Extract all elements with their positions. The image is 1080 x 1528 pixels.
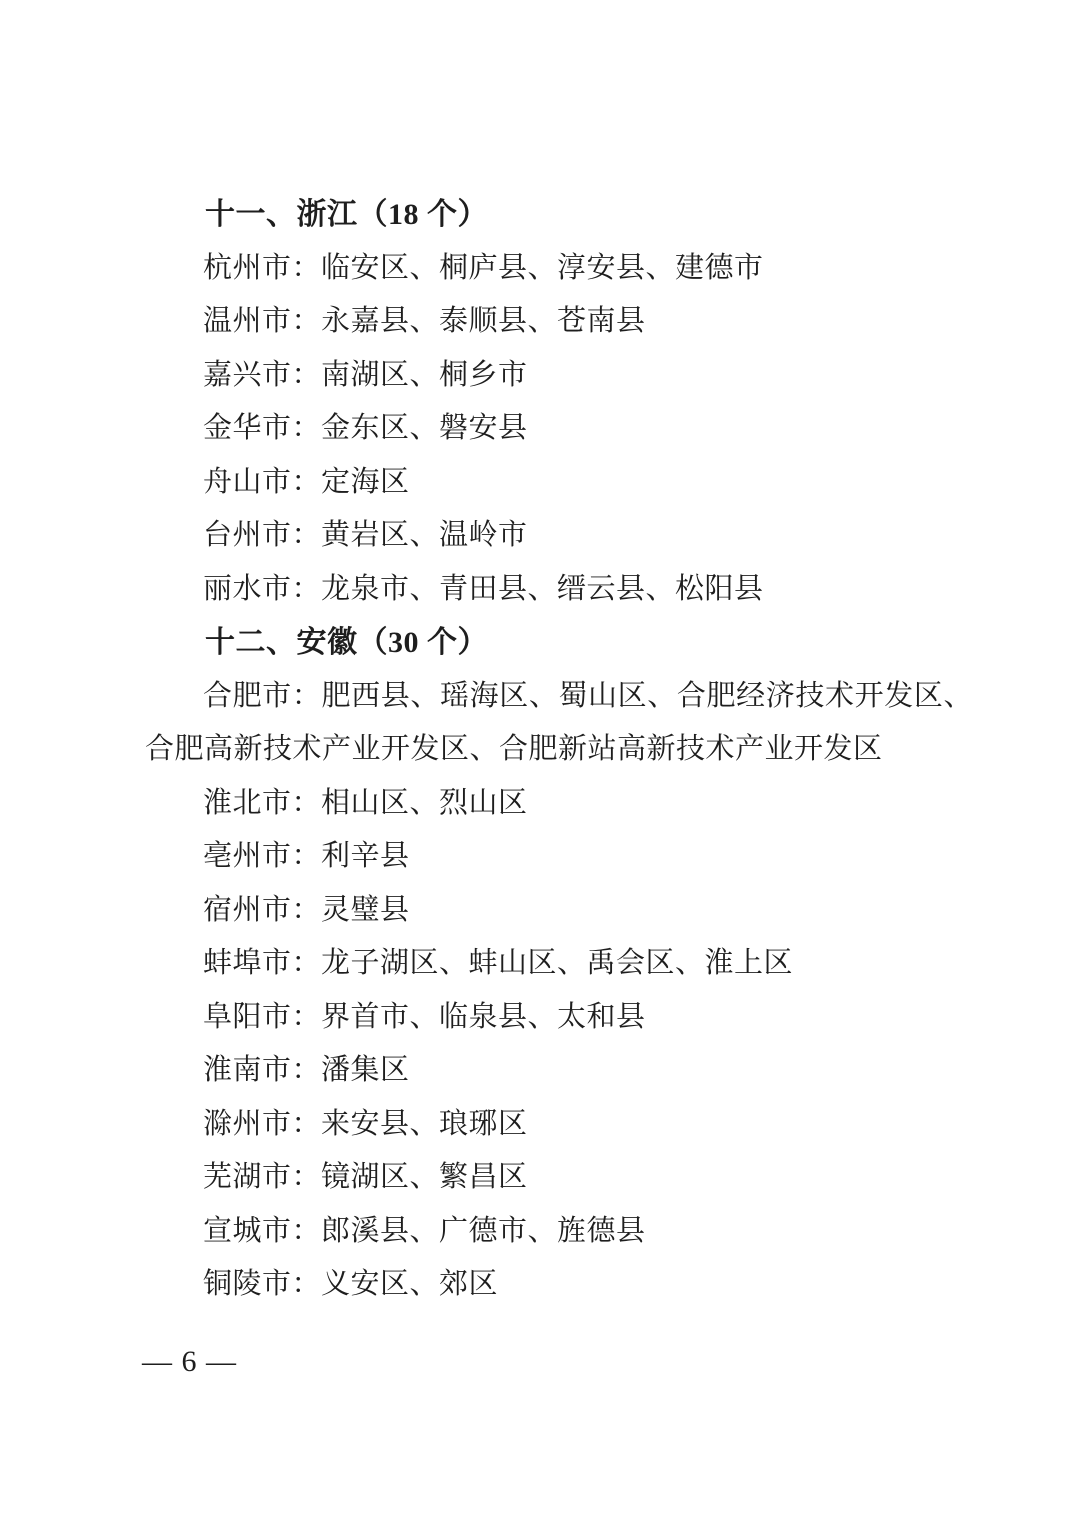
city-entry-suzhou: 宿州市：灵璧县 xyxy=(145,884,973,938)
section-heading-anhui: 十二、安徽（30 个） xyxy=(145,616,973,670)
page-number: — 6 — xyxy=(142,1345,237,1379)
city-entry-hefei: 合肥市：肥西县、瑶海区、蜀山区、合肥经济技术开发区、合肥高新技术产业开发区、合肥… xyxy=(145,670,973,777)
city-entry-bozhou: 亳州市：利辛县 xyxy=(145,830,973,884)
section-heading-zhejiang: 十一、浙江（18 个） xyxy=(145,188,973,242)
city-entry-huainan: 淮南市：潘集区 xyxy=(145,1044,973,1098)
city-entry-lishui: 丽水市：龙泉市、青田县、缙云县、松阳县 xyxy=(145,563,973,617)
city-entry-zhoushan: 舟山市：定海区 xyxy=(145,456,973,510)
city-entry-fuyang: 阜阳市：界首市、临泉县、太和县 xyxy=(145,991,973,1045)
city-entry-hangzhou: 杭州市：临安区、桐庐县、淳安县、建德市 xyxy=(145,242,973,296)
city-entry-wenzhou: 温州市：永嘉县、泰顺县、苍南县 xyxy=(145,295,973,349)
city-entry-bengbu: 蚌埠市：龙子湖区、蚌山区、禹会区、淮上区 xyxy=(145,937,973,991)
city-entry-huaibei: 淮北市：相山区、烈山区 xyxy=(145,777,973,831)
city-entry-tongling: 铜陵市：义安区、郊区 xyxy=(145,1258,973,1312)
city-entry-jinhua: 金华市：金东区、磐安县 xyxy=(145,402,973,456)
city-entry-taizhou: 台州市：黄岩区、温岭市 xyxy=(145,509,973,563)
city-entry-jiaxing: 嘉兴市：南湖区、桐乡市 xyxy=(145,349,973,403)
document-body: 十一、浙江（18 个） 杭州市：临安区、桐庐县、淳安县、建德市 温州市：永嘉县、… xyxy=(145,188,973,1312)
city-entry-chuzhou: 滁州市：来安县、琅琊区 xyxy=(145,1098,973,1152)
document-page: 十一、浙江（18 个） 杭州市：临安区、桐庐县、淳安县、建德市 温州市：永嘉县、… xyxy=(0,0,1080,1528)
city-entry-xuancheng: 宣城市：郎溪县、广德市、旌德县 xyxy=(145,1205,973,1259)
city-entry-wuhu: 芜湖市：镜湖区、繁昌区 xyxy=(145,1151,973,1205)
